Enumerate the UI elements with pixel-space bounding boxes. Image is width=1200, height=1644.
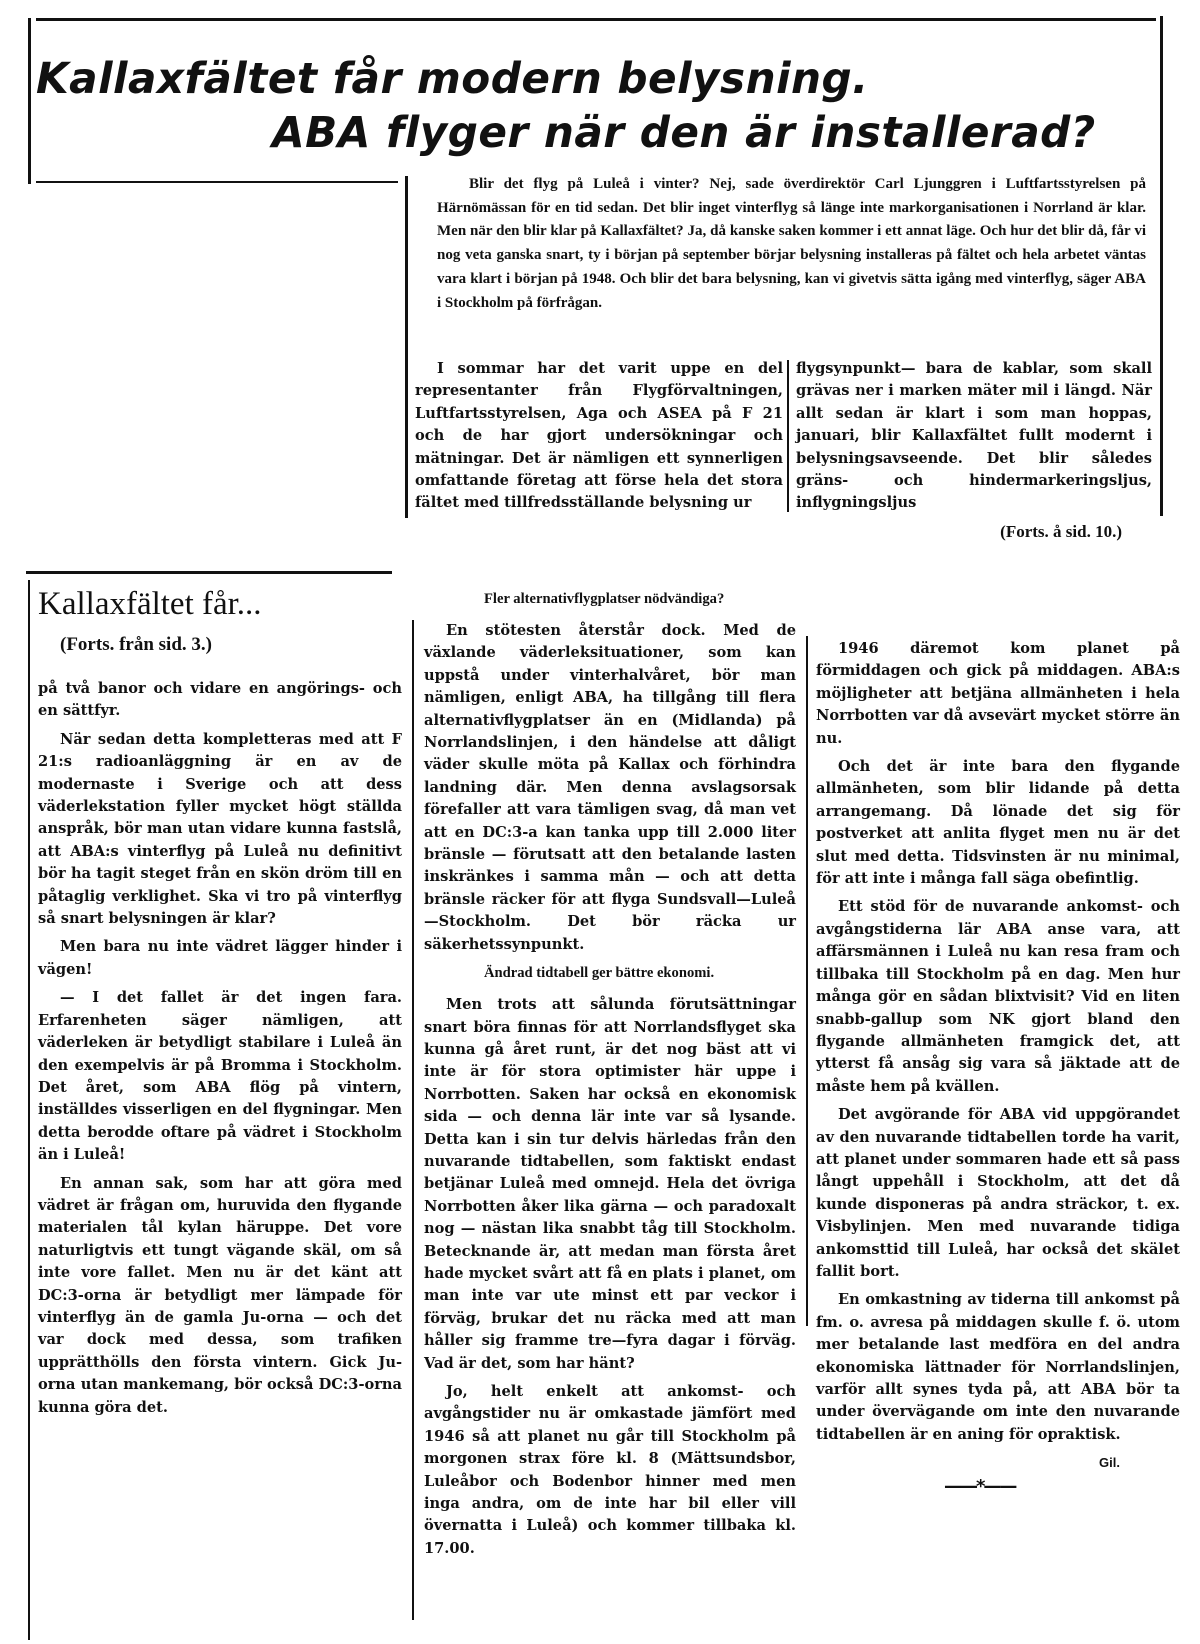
headline-line-1: Kallaxfältet får modern belysning. — [36, 58, 869, 101]
paragraph: I sommar har det varit uppe en del repre… — [415, 358, 783, 515]
continuation-column-1: på två banor och vidare en angörings- oc… — [38, 678, 402, 1425]
article-body-right: flygsynpunkt— bara de kablar, som skall … — [796, 358, 1152, 549]
left-frame-rule — [28, 18, 31, 184]
paragraph: flygsynpunkt— bara de kablar, som skall … — [796, 358, 1152, 515]
headline-line-2: ABA flyger när den är installerad? — [272, 112, 1096, 155]
continuation-left-rule — [28, 580, 30, 1640]
lead-left-rule — [36, 181, 398, 183]
paragraph: på två banor och vidare en angörings- oc… — [38, 678, 402, 723]
paragraph: Jo, helt enkelt att ankomst- och avgångs… — [424, 1381, 796, 1560]
paragraph: En annan sak, som har att göra med vädre… — [38, 1173, 402, 1419]
column-rule-2-3 — [806, 636, 808, 1326]
paragraph: En omkastning av tiderna till ankomst på… — [816, 1289, 1180, 1446]
continuation-column-3: 1946 däremot kom planet på förmiddagen o… — [816, 638, 1180, 1481]
column-rule-1-2 — [412, 620, 414, 1620]
continuation-top-rule — [26, 571, 392, 574]
subheading-alternative-airports: Fler alternativflygplatser nödvändiga? — [424, 588, 796, 610]
author-signature: Gil. — [816, 1452, 1180, 1474]
continuation-title: Kallaxfältet får... — [38, 586, 262, 623]
lead-column-rule — [405, 176, 408, 518]
paragraph: Och det är inte bara den flygande allmän… — [816, 756, 1180, 890]
body-column-rule — [787, 360, 789, 512]
right-frame-rule — [1160, 16, 1163, 516]
article-body-left: I sommar har det varit uppe en del repre… — [415, 358, 783, 521]
continued-from-note: (Forts. från sid. 3.) — [60, 634, 212, 656]
paragraph: Ett stöd för de nuvarande ankomst- och a… — [816, 896, 1180, 1098]
subheading-timetable: Ändrad tidtabell ger bättre ekonomi. — [424, 962, 796, 984]
paragraph: Men trots att sålunda förutsättningar sn… — [424, 994, 796, 1375]
paragraph: Det avgörande för ABA vid uppgörandet av… — [816, 1104, 1180, 1283]
continued-note: (Forts. å sid. 10.) — [796, 521, 1152, 543]
paragraph: En stötesten återstår dock. Med de växla… — [424, 620, 796, 956]
top-rule — [36, 18, 1156, 21]
paragraph: Men bara nu inte vädret lägger hinder i … — [38, 936, 402, 981]
paragraph: När sedan detta kompletteras med att F 2… — [38, 729, 402, 931]
article-lead: Blir det flyg på Luleå i vinter? Nej, sa… — [437, 173, 1146, 315]
continuation-column-2: Fler alternativflygplatser nödvändiga? E… — [424, 584, 796, 1566]
paragraph: 1946 däremot kom planet på förmiddagen o… — [816, 638, 1180, 750]
paragraph: — I det fallet är det ingen fara. Erfare… — [38, 987, 402, 1166]
end-of-article-mark: ——*—— — [944, 1476, 1015, 1497]
